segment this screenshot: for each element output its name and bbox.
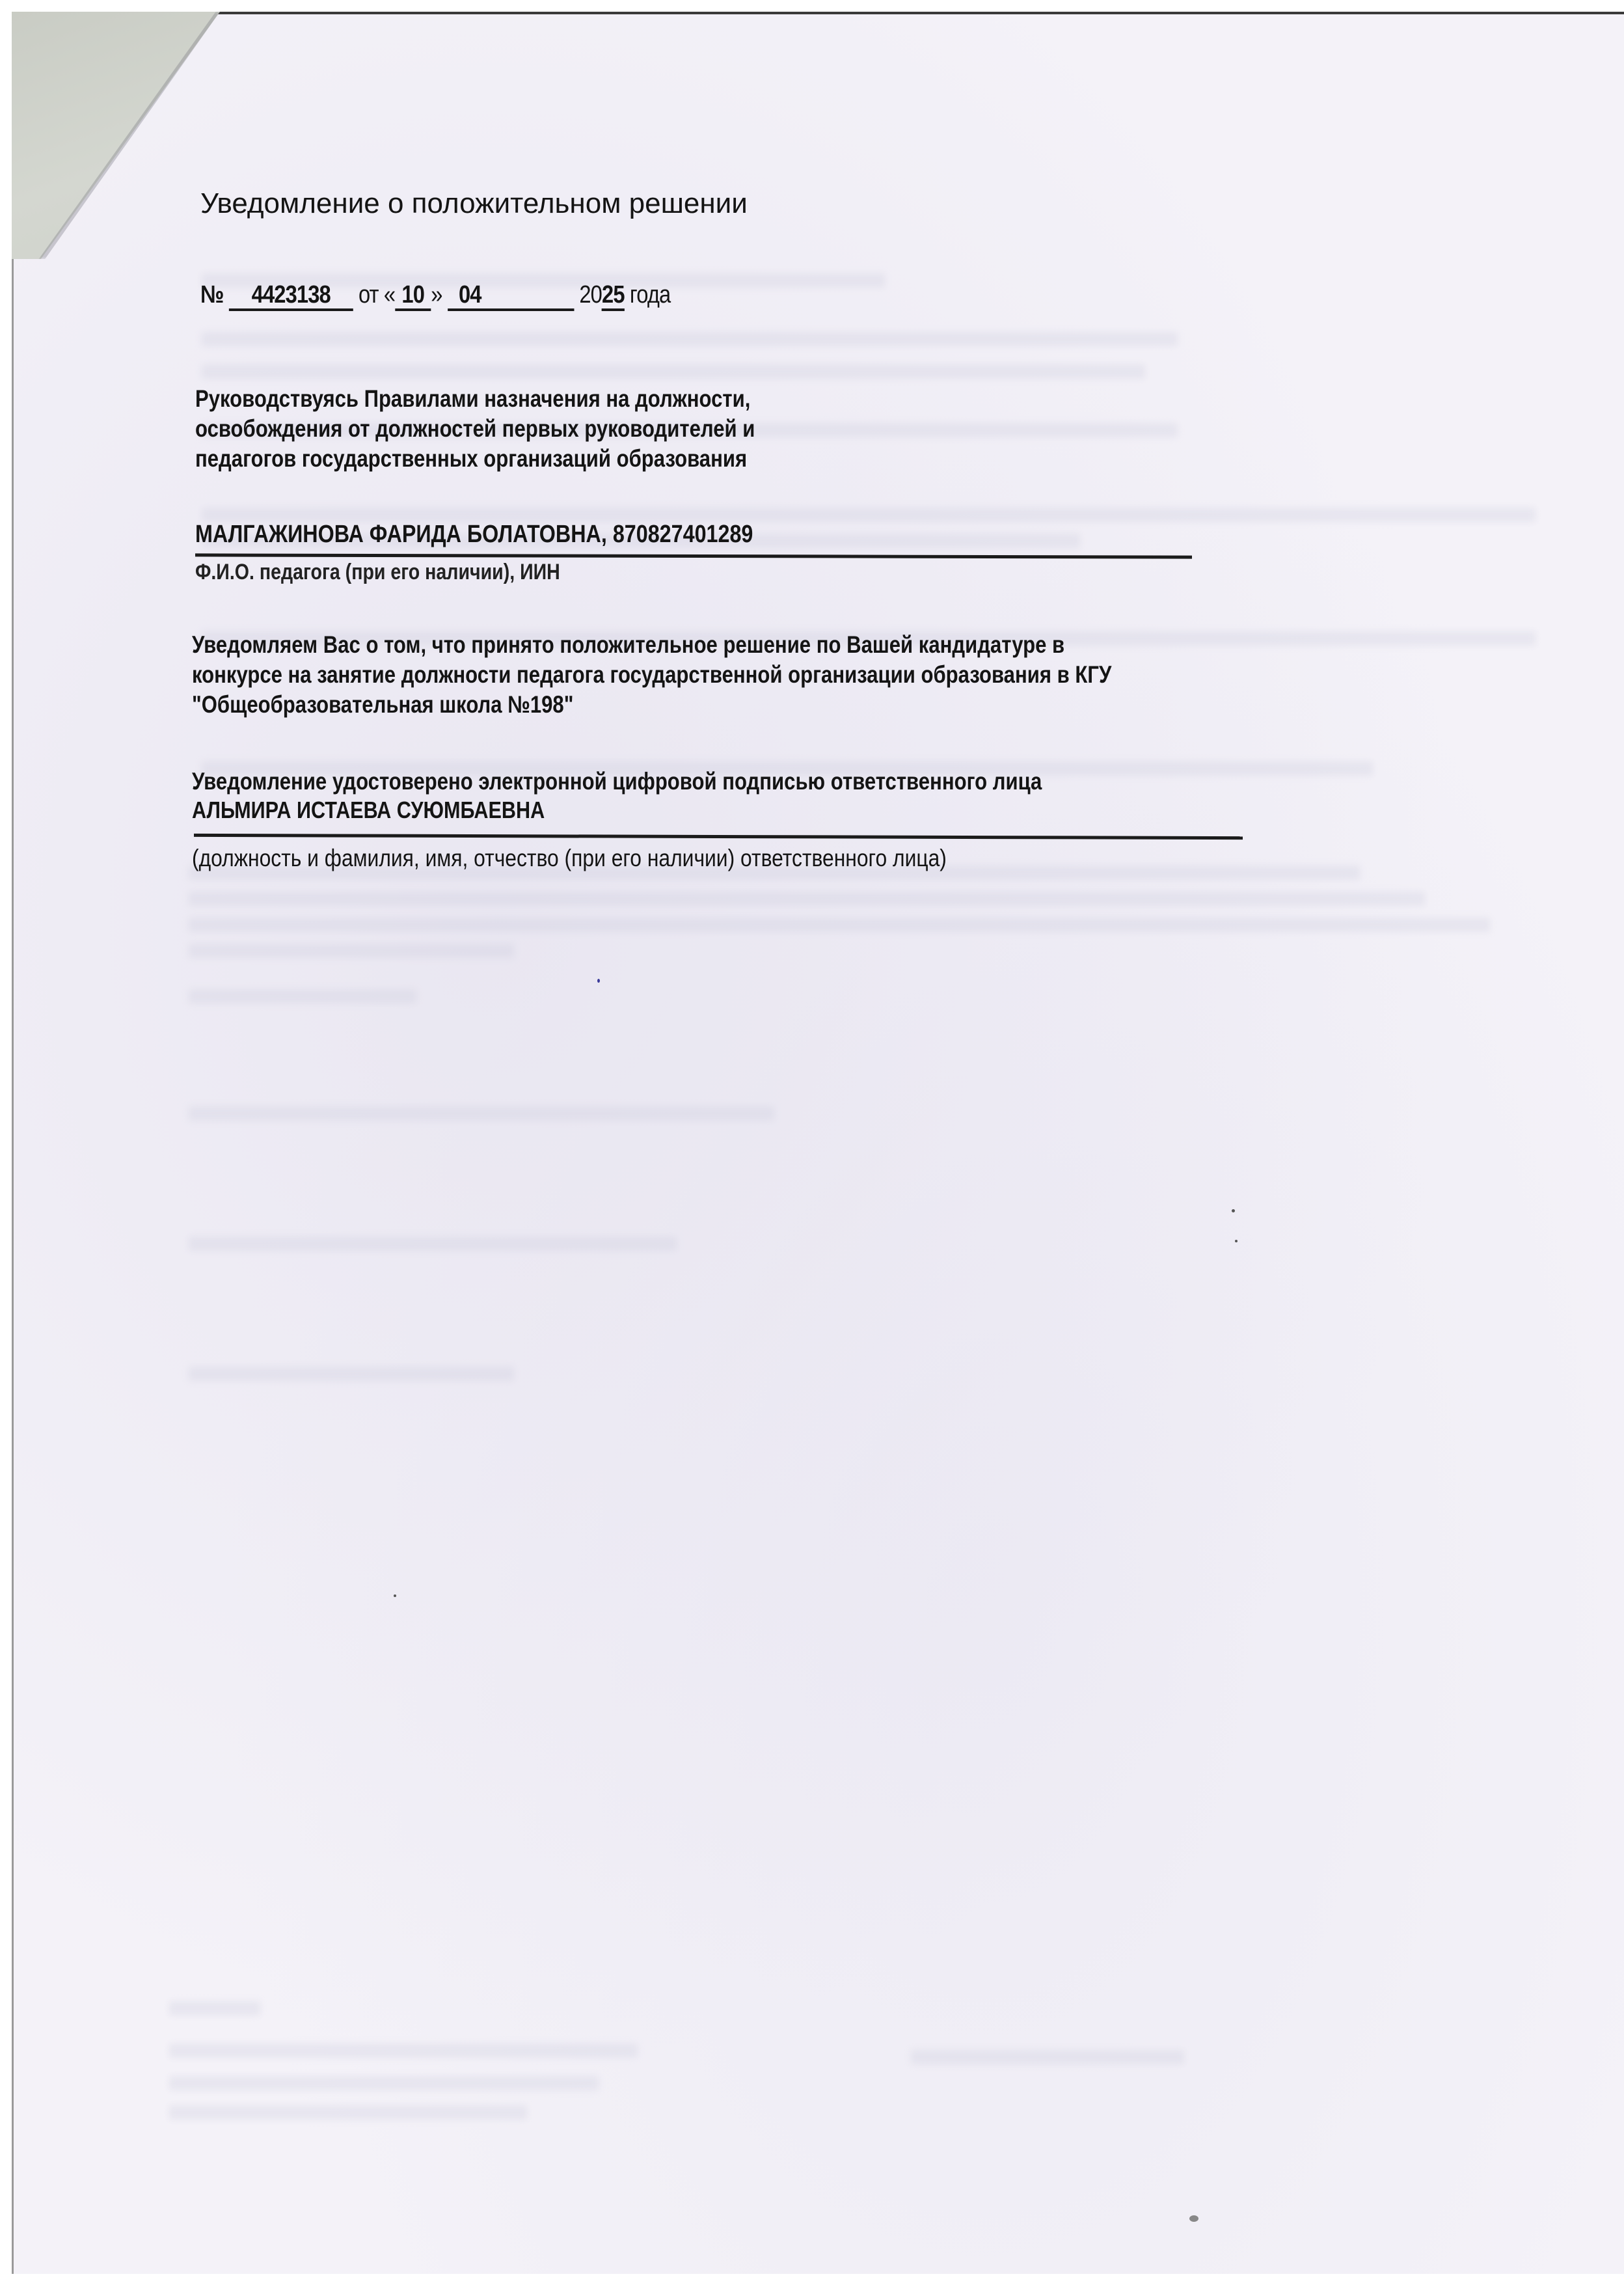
scanned-page [12, 12, 1624, 2274]
date-month: 04 [448, 282, 574, 311]
guide-line: педагогов государственных организаций об… [195, 444, 755, 474]
guide-line: Руководствуясь Правилами назначения на д… [195, 384, 755, 414]
notice-number: 4423138 [229, 282, 353, 311]
signature-statement: Уведомление удостоверено электронной циф… [192, 768, 1042, 795]
number-sign: № [200, 281, 224, 308]
teacher-name-iin: МАЛГАЖИНОВА ФАРИДА БОЛАТОВНА, 8708274012… [195, 521, 753, 549]
school-name: "Общеобразовательная школа №198" [192, 690, 1111, 720]
notice-number-date-line: № 4423138 от «10» 04 2025 года [200, 281, 670, 311]
notify-paragraph: Уведомляем Вас о том, что принято положи… [192, 630, 1111, 720]
guide-line: освобождения от должностей первых руково… [195, 414, 755, 444]
guide-paragraph: Руководствуясь Правилами назначения на д… [195, 384, 755, 474]
year-word: года [630, 281, 670, 308]
date-day-close: » [431, 281, 442, 308]
notify-line: Уведомляем Вас о том, что принято положи… [192, 630, 1111, 660]
date-from-label: от « [359, 281, 395, 308]
responsible-person-name: АЛЬМИРА ИСТАЕВА СУЮМБАЕВНА [192, 797, 545, 824]
year-prefix: 20 [579, 281, 602, 308]
year-suffix: 25 [602, 281, 625, 311]
page-title: Уведомление о положительном решении [200, 187, 748, 220]
teacher-caption: Ф.И.О. педагога (при его наличии), ИИН [195, 560, 560, 585]
responsible-caption: (должность и фамилия, имя, отчество (при… [192, 845, 947, 872]
notify-line: конкурсе на занятие должности педагога г… [192, 660, 1111, 690]
date-day: 10 [395, 282, 431, 311]
